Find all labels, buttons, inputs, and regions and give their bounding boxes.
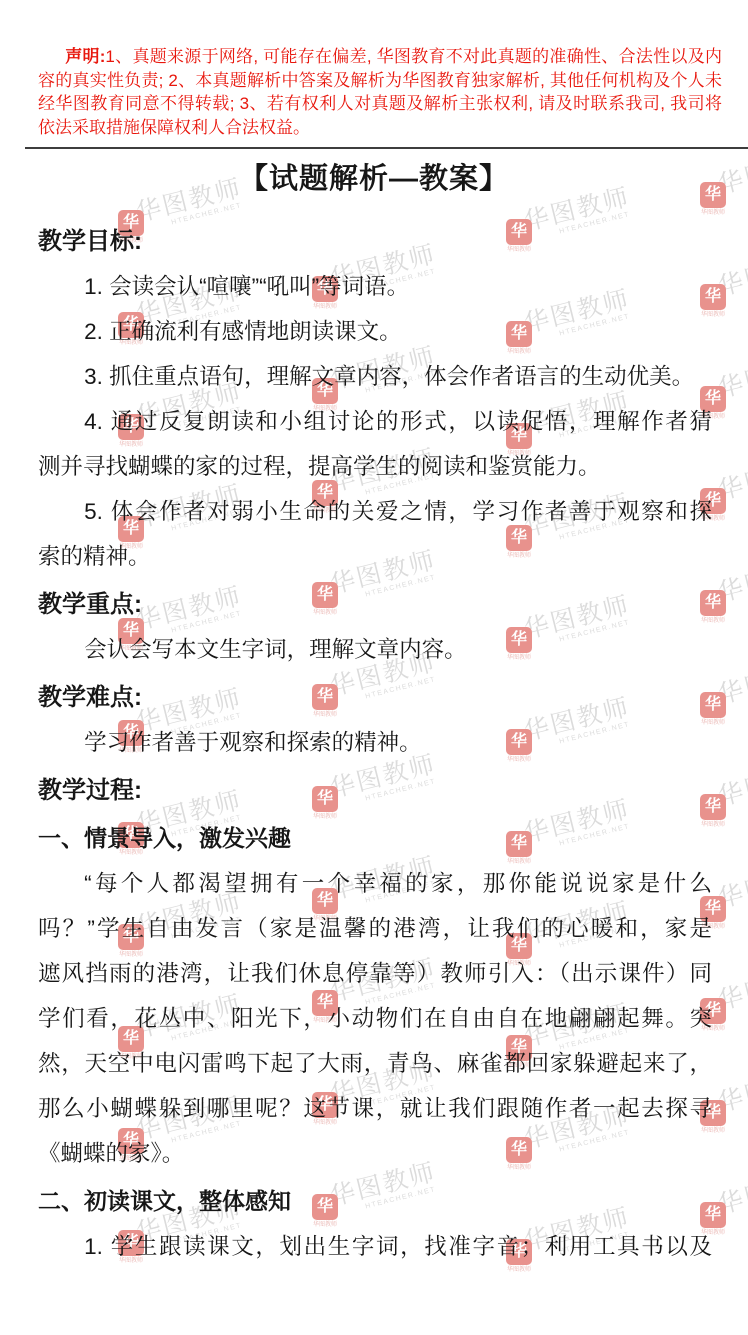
- disclaimer-line: 经华图教育同意不得转载; 3、若有权利人对真题及解析主张权利, 请及时联系我司,…: [38, 92, 722, 116]
- document: 声明:1、真题来源于网络, 可能存在偏差, 华图教育不对此真题的准确性、合法性以…: [0, 45, 748, 1269]
- page: { "colors": { "accent_red": "#e8160c", "…: [0, 0, 748, 1335]
- paragraph-line: 5. 体会作者对弱小生命的关爱之情，学习作者善于观察和探: [38, 489, 712, 534]
- section-heading: 教学难点:: [38, 675, 712, 720]
- document-body: 教学目标:1. 会读会认“喧嚷”“吼叫”等词语。2. 正确流利有感情地朗读课文。…: [38, 219, 712, 1269]
- paragraph-line: 学习作者善于观察和探索的精神。: [38, 720, 712, 765]
- paragraph-line: “每个人都渴望拥有一个幸福的家，那你能说说家是什么: [38, 861, 712, 906]
- paragraph-line: 遮风挡雨的港湾，让我们休息停靠等）教师引入：（出示课件）同: [38, 951, 712, 996]
- paragraph-line: 那么小蝴蝶躲到哪里呢？这节课，就让我们跟随作者一起去探寻: [38, 1086, 712, 1131]
- document-title: 【试题解析—教案】: [0, 159, 748, 199]
- paragraph-line: 测并寻找蝴蝶的家的过程，提高学生的阅读和鉴赏能力。: [38, 444, 712, 489]
- paragraph-line: 会认会写本文生字词，理解文章内容。: [38, 627, 712, 672]
- section-heading: 教学目标:: [38, 219, 712, 264]
- paragraph-line: 然，天空中电闪雷鸣下起了大雨，青鸟、麻雀都回家躲避起来了，: [38, 1041, 712, 1086]
- paragraph-line: 吗？”学生自由发言（家是温馨的港湾，让我们的心暖和，家是: [38, 906, 712, 951]
- section-heading: 一、情景导入，激发兴趣: [38, 816, 712, 861]
- disclaimer-prefix: 声明:: [65, 47, 105, 66]
- paragraph-line: 2. 正确流利有感情地朗读课文。: [38, 309, 712, 354]
- paragraph-line: 3. 抓住重点语句，理解文章内容，体会作者语言的生动优美。: [38, 354, 712, 399]
- paragraph-line: 《蝴蝶的家》。: [38, 1131, 712, 1176]
- section-heading: 教学过程:: [38, 768, 712, 813]
- paragraph-line: 1. 学生跟读课文，划出生字词，找准字音；利用工具书以及: [38, 1224, 712, 1269]
- paragraph-line: 索的精神。: [38, 534, 712, 579]
- section-heading: 二、初读课文，整体感知: [38, 1179, 712, 1224]
- disclaimer-line: 依法采取措施保障权利人合法权益。: [38, 116, 722, 140]
- paragraph-line: 4. 通过反复朗读和小组讨论的形式，以读促悟，理解作者猜: [38, 399, 712, 444]
- paragraph-line: 学们看，花丛中、阳光下，小动物们在自由自在地翩翩起舞。突: [38, 996, 712, 1041]
- paragraph-line: 1. 会读会认“喧嚷”“吼叫”等词语。: [38, 264, 712, 309]
- disclaimer-line: 容的真实性负责; 2、本真题解析中答案及解析为华图教育独家解析, 其他任何机构及…: [38, 69, 722, 93]
- divider-line: [25, 147, 748, 149]
- disclaimer-line: 声明:1、真题来源于网络, 可能存在偏差, 华图教育不对此真题的准确性、合法性以…: [38, 45, 722, 69]
- disclaimer: 声明:1、真题来源于网络, 可能存在偏差, 华图教育不对此真题的准确性、合法性以…: [38, 45, 722, 139]
- section-heading: 教学重点:: [38, 582, 712, 627]
